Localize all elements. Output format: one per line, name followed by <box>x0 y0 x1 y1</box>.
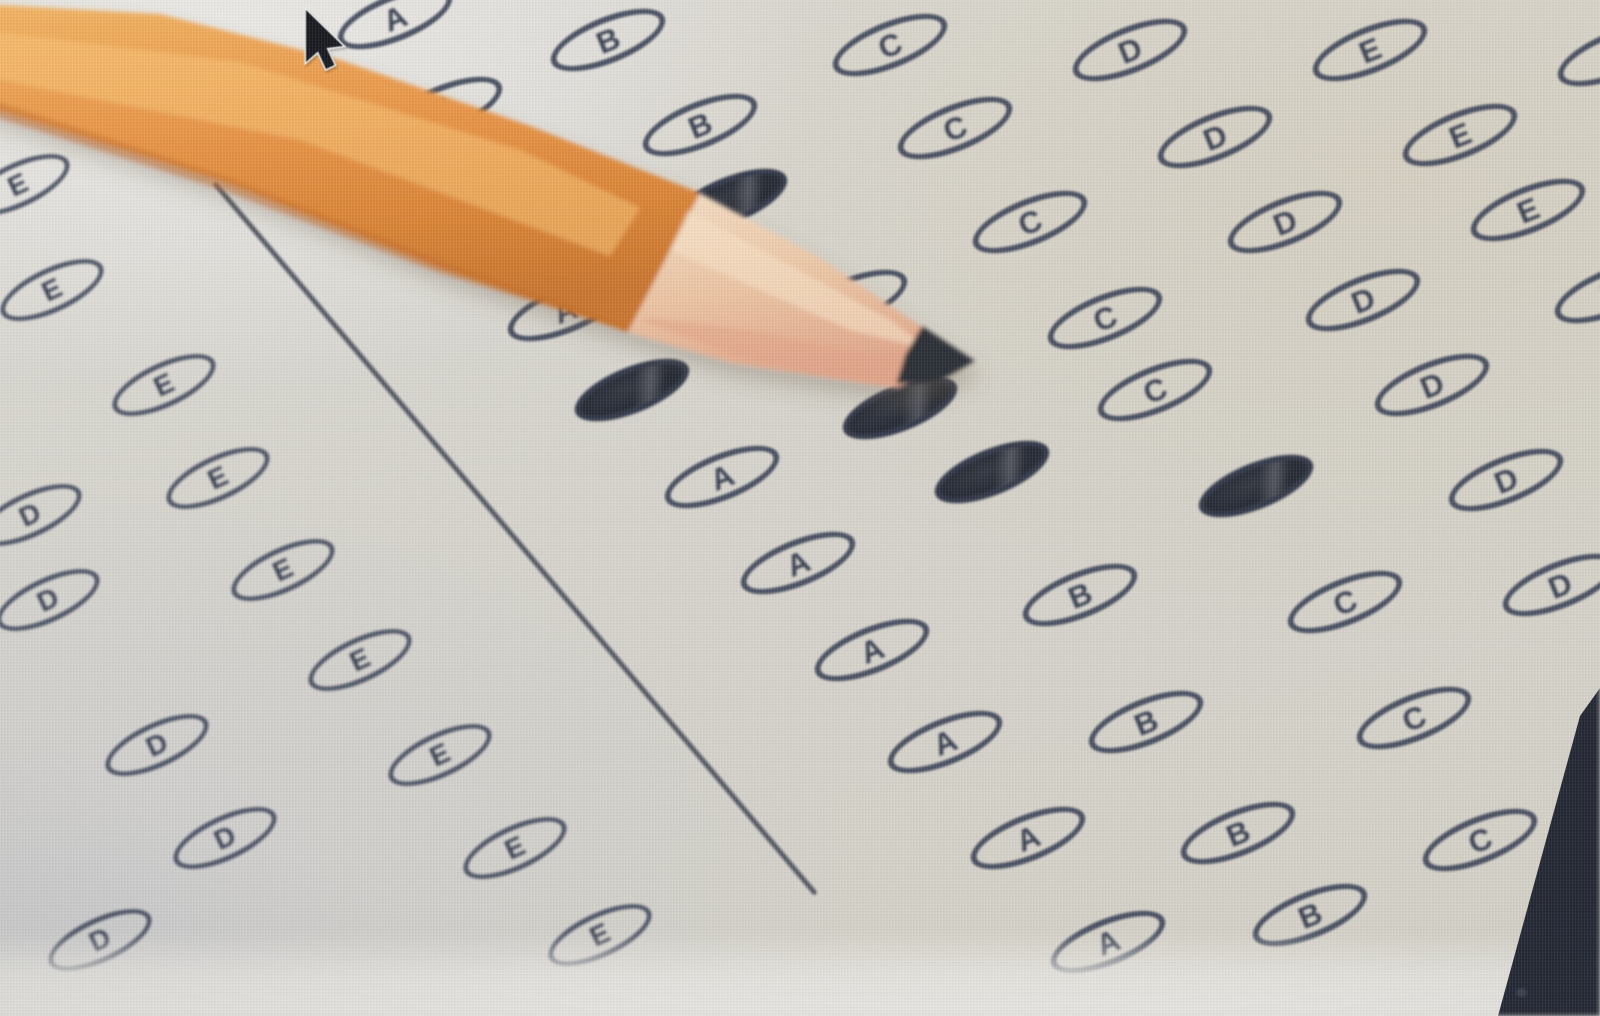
bubble-letter: E <box>1597 274 1600 310</box>
bubble-letter: A <box>929 723 961 760</box>
answer-bubble-E: E <box>1305 6 1435 94</box>
answer-bubble-D: D <box>1150 93 1280 181</box>
answer-bubble-A: A <box>963 794 1093 882</box>
answer-bubble-C: C <box>1415 796 1545 884</box>
bubble-letter: A <box>782 544 814 581</box>
bubble-letter: B <box>1294 896 1326 933</box>
bubble-letter: D <box>210 821 240 855</box>
answer-bubble-E: E <box>1395 91 1525 179</box>
bubble-letter: E <box>1513 192 1544 228</box>
answer-bubble-B: B <box>1173 789 1303 877</box>
pencil-group <box>0 4 975 388</box>
bubble-letter: E <box>346 643 375 676</box>
bubble-letter: D <box>1416 366 1448 403</box>
bubble-letter: E <box>1445 117 1476 153</box>
answer-bubble-B: B <box>1081 678 1211 766</box>
bubble-letter: E <box>269 553 298 586</box>
bubble-letter: D <box>1199 118 1231 155</box>
answer-bubble-C: C <box>1280 558 1410 646</box>
answer-bubble-D: D <box>97 701 217 788</box>
answer-bubble-D: D <box>0 556 108 643</box>
answer-bubble-E: E <box>1463 166 1593 254</box>
bubble-letter: D <box>1544 566 1576 603</box>
bubble-letter: D <box>1490 461 1522 498</box>
answer-bubble-A: A <box>880 698 1010 786</box>
bubble-letter: C <box>1089 299 1121 336</box>
bubble-letter: D <box>1347 281 1379 318</box>
bubble-letter: E <box>501 831 530 864</box>
answer-bubble-D: D <box>1495 541 1600 629</box>
answer-bubble-E: E <box>1547 248 1600 336</box>
answer-bubble-D: D <box>165 794 285 881</box>
bubble-letter: B <box>1064 576 1096 613</box>
mouse-cursor-icon <box>302 8 348 74</box>
bubble-letter: C <box>1329 583 1361 620</box>
photo-bottom-light-band <box>0 933 1600 1016</box>
answer-bubble-D: D <box>1220 178 1350 266</box>
bubble-letter: C <box>1464 821 1496 858</box>
answer-bubble-B: B <box>1015 551 1145 639</box>
answer-bubble-D: D <box>1367 341 1497 429</box>
bubble-letter: E <box>1355 32 1386 68</box>
bubble-letter: C <box>1398 699 1430 736</box>
answer-bubble-E: E <box>300 616 420 703</box>
answer-bubble-C: C <box>1090 346 1220 434</box>
bubble-letter: C <box>1139 371 1171 408</box>
answer-bubble-E: E <box>223 526 343 613</box>
bubble-letter: D <box>142 728 172 762</box>
bubble-letter: D <box>33 583 63 617</box>
answer-bubble-E: E <box>380 711 500 798</box>
answer-bubble-A: A <box>733 519 863 607</box>
bubble-letter: D <box>1269 203 1301 240</box>
pencil <box>0 0 1060 480</box>
bubble-letter: B <box>1130 703 1162 740</box>
bubble-letter: A <box>1012 819 1044 856</box>
bubble-letter: D <box>15 498 45 532</box>
answer-bubble-D: D <box>1441 436 1571 524</box>
answer-bubble-E: E <box>455 804 575 891</box>
bubble-letter: D <box>1114 31 1146 68</box>
bubble-letter: A <box>856 631 888 668</box>
screen-photo-of-answer-sheet: EEEEEEEEEDDDDDABCDEEABCDEABCDEABCDEABCDA… <box>0 0 1600 1016</box>
answer-bubble-D: D <box>1065 6 1195 94</box>
bubble-letter: E <box>426 738 455 771</box>
answer-bubble-A: A <box>807 606 937 694</box>
answer-bubble-D: D <box>0 471 90 558</box>
filled-answer-bubble-C: C <box>1191 442 1321 530</box>
bubble-letter: B <box>1222 814 1254 851</box>
answer-bubble-C: C <box>1349 674 1479 762</box>
answer-bubble-D: D <box>1298 256 1428 344</box>
screen-corner-dot <box>1516 988 1527 997</box>
answer-bubble-E: E <box>1550 11 1600 99</box>
